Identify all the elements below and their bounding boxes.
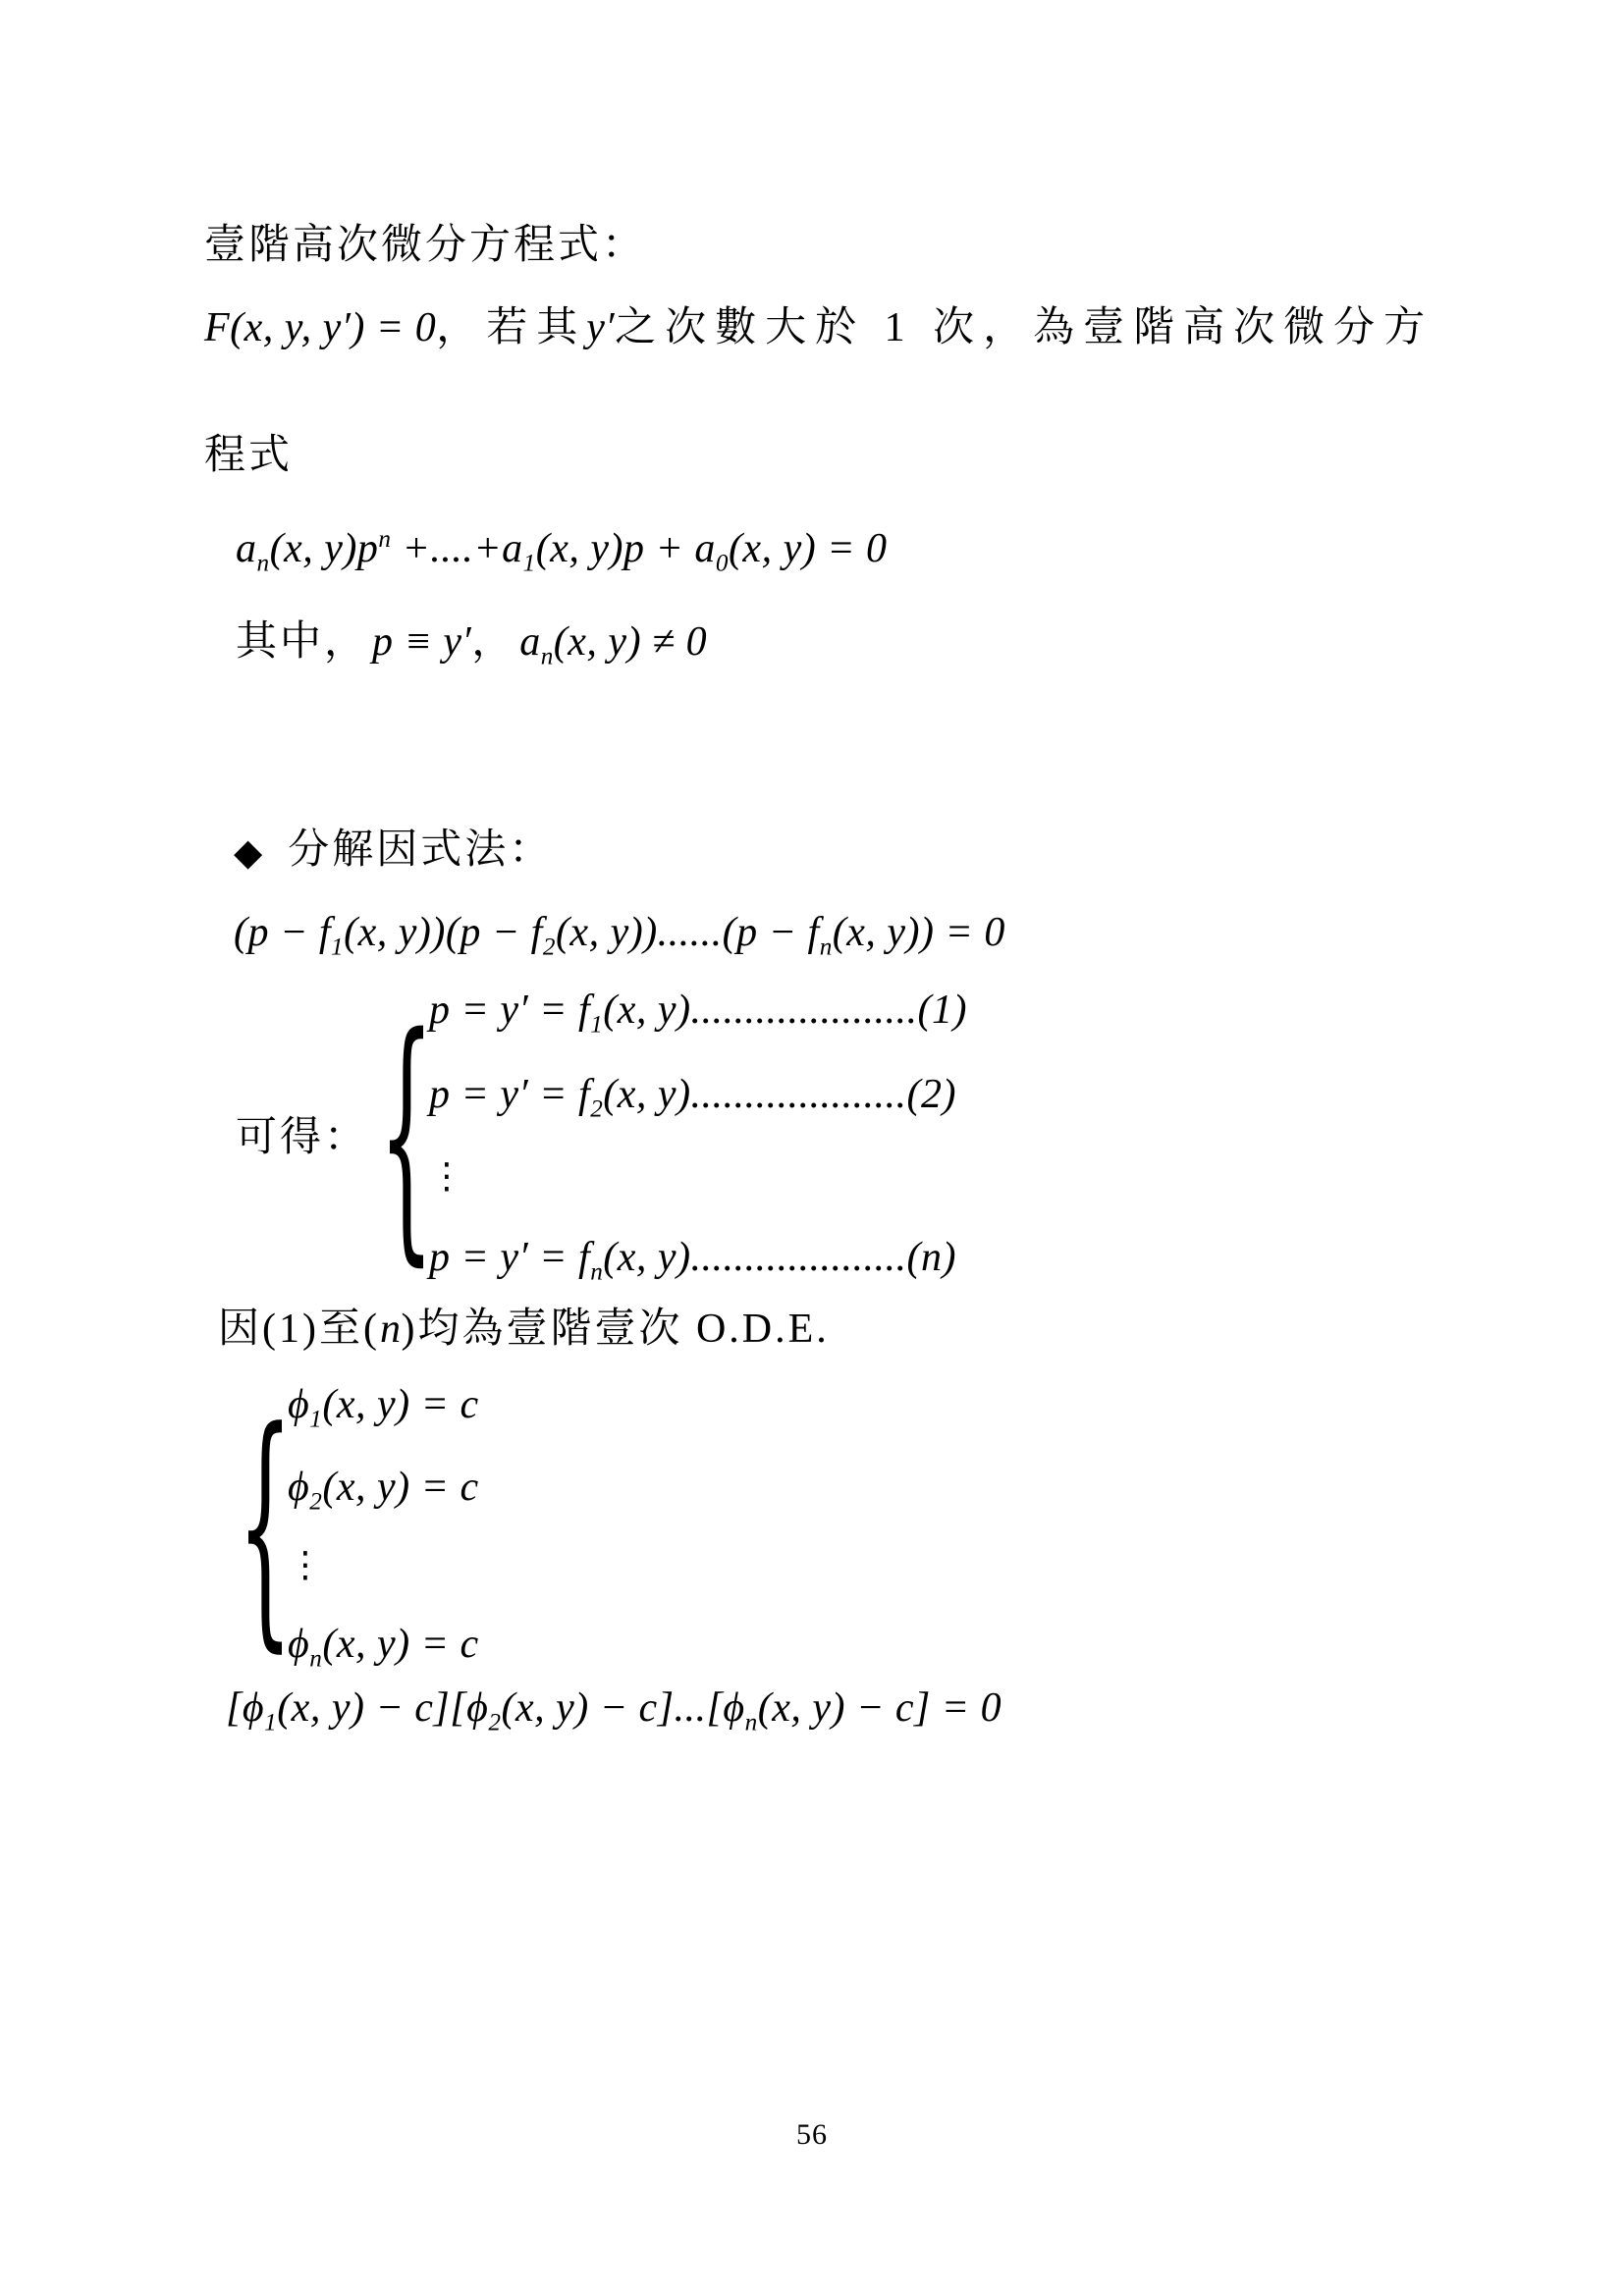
section-heading: 分解因式法： bbox=[288, 828, 553, 873]
system2-row-n: ϕn(x, y) = c bbox=[288, 1621, 479, 1668]
section-heading-line: ◆分解因式法： bbox=[234, 825, 553, 877]
general-form-equation: an(x, y)pn +....+a1(x, y)p + a0(x, y) = … bbox=[236, 523, 888, 575]
page-number: 56 bbox=[0, 2118, 1624, 2152]
system2-left-brace: { bbox=[248, 1474, 282, 1575]
system1-left-brace: { bbox=[390, 1084, 423, 1185]
intro-line: F(x, y, y′) = 0，若其y′之次數大於 1 次，為壹階高次微分方 bbox=[204, 302, 1434, 354]
product-equation: [ϕ1(x, y) − c][ϕ2(x, y) − c]...[ϕn(x, y)… bbox=[226, 1682, 1001, 1735]
document-page: 壹階高次微分方程式： F(x, y, y′) = 0，若其y′之次數大於 1 次… bbox=[0, 0, 1624, 2296]
system2-row-2: ϕ2(x, y) = c bbox=[288, 1464, 479, 1511]
where-an-condition: an(x, y) ≠ 0 bbox=[519, 619, 707, 665]
system1-row-1: p = y′ = f1(x, y).....................(1… bbox=[429, 987, 967, 1034]
derived-system: 可得： { p = y′ = f1(x, y).................… bbox=[236, 982, 967, 1286]
solution-system: { ϕ1(x, y) = c ϕ2(x, y) = c ⋮ ϕn(x, y) =… bbox=[248, 1377, 479, 1672]
factored-equation: (p − f1(x, y))(p − f2(x, y))......(p − f… bbox=[234, 907, 1005, 959]
intro-equation-f: F(x, y, y′) = 0 bbox=[204, 305, 436, 350]
ode-text-1: 因(1)至( bbox=[218, 1307, 380, 1352]
intro-continuation: 程式 bbox=[204, 430, 293, 482]
system2-vdots: ⋮ bbox=[288, 1545, 479, 1585]
system1-row-2: p = y′ = f2(x, y)....................(2) bbox=[429, 1071, 967, 1118]
ode-n-symbol: n bbox=[380, 1307, 402, 1352]
ode-statement-line: 因(1)至(n)均為壹階壹次 O.D.E. bbox=[218, 1304, 830, 1356]
system1-row-n: p = y′ = fn(x, y)....................(n) bbox=[429, 1234, 967, 1281]
system2-rows: ϕ1(x, y) = c ϕ2(x, y) = c ⋮ ϕn(x, y) = c bbox=[288, 1381, 479, 1668]
ode-text-2: )均為壹階壹次 O.D.E. bbox=[401, 1307, 829, 1352]
intro-yprime: y′ bbox=[586, 305, 615, 350]
system1-vdots: ⋮ bbox=[429, 1156, 967, 1197]
where-p-def: p ≡ y′ bbox=[372, 619, 471, 665]
where-separator: ， bbox=[471, 619, 515, 665]
diamond-bullet-icon: ◆ bbox=[234, 829, 262, 877]
intro-text-1: ，若其 bbox=[436, 305, 586, 350]
where-line: 其中， p ≡ y′， an(x, y) ≠ 0 bbox=[236, 616, 707, 668]
intro-text-2: 之次數大於 1 次，為壹階高次微分方 bbox=[615, 305, 1434, 350]
where-text-1: 其中， bbox=[236, 619, 368, 665]
page-title: 壹階高次微分方程式： bbox=[204, 220, 646, 272]
system2-row-1: ϕ1(x, y) = c bbox=[288, 1381, 479, 1428]
system1-rows: p = y′ = f1(x, y).....................(1… bbox=[429, 987, 967, 1281]
system1-label: 可得： bbox=[236, 1104, 368, 1163]
